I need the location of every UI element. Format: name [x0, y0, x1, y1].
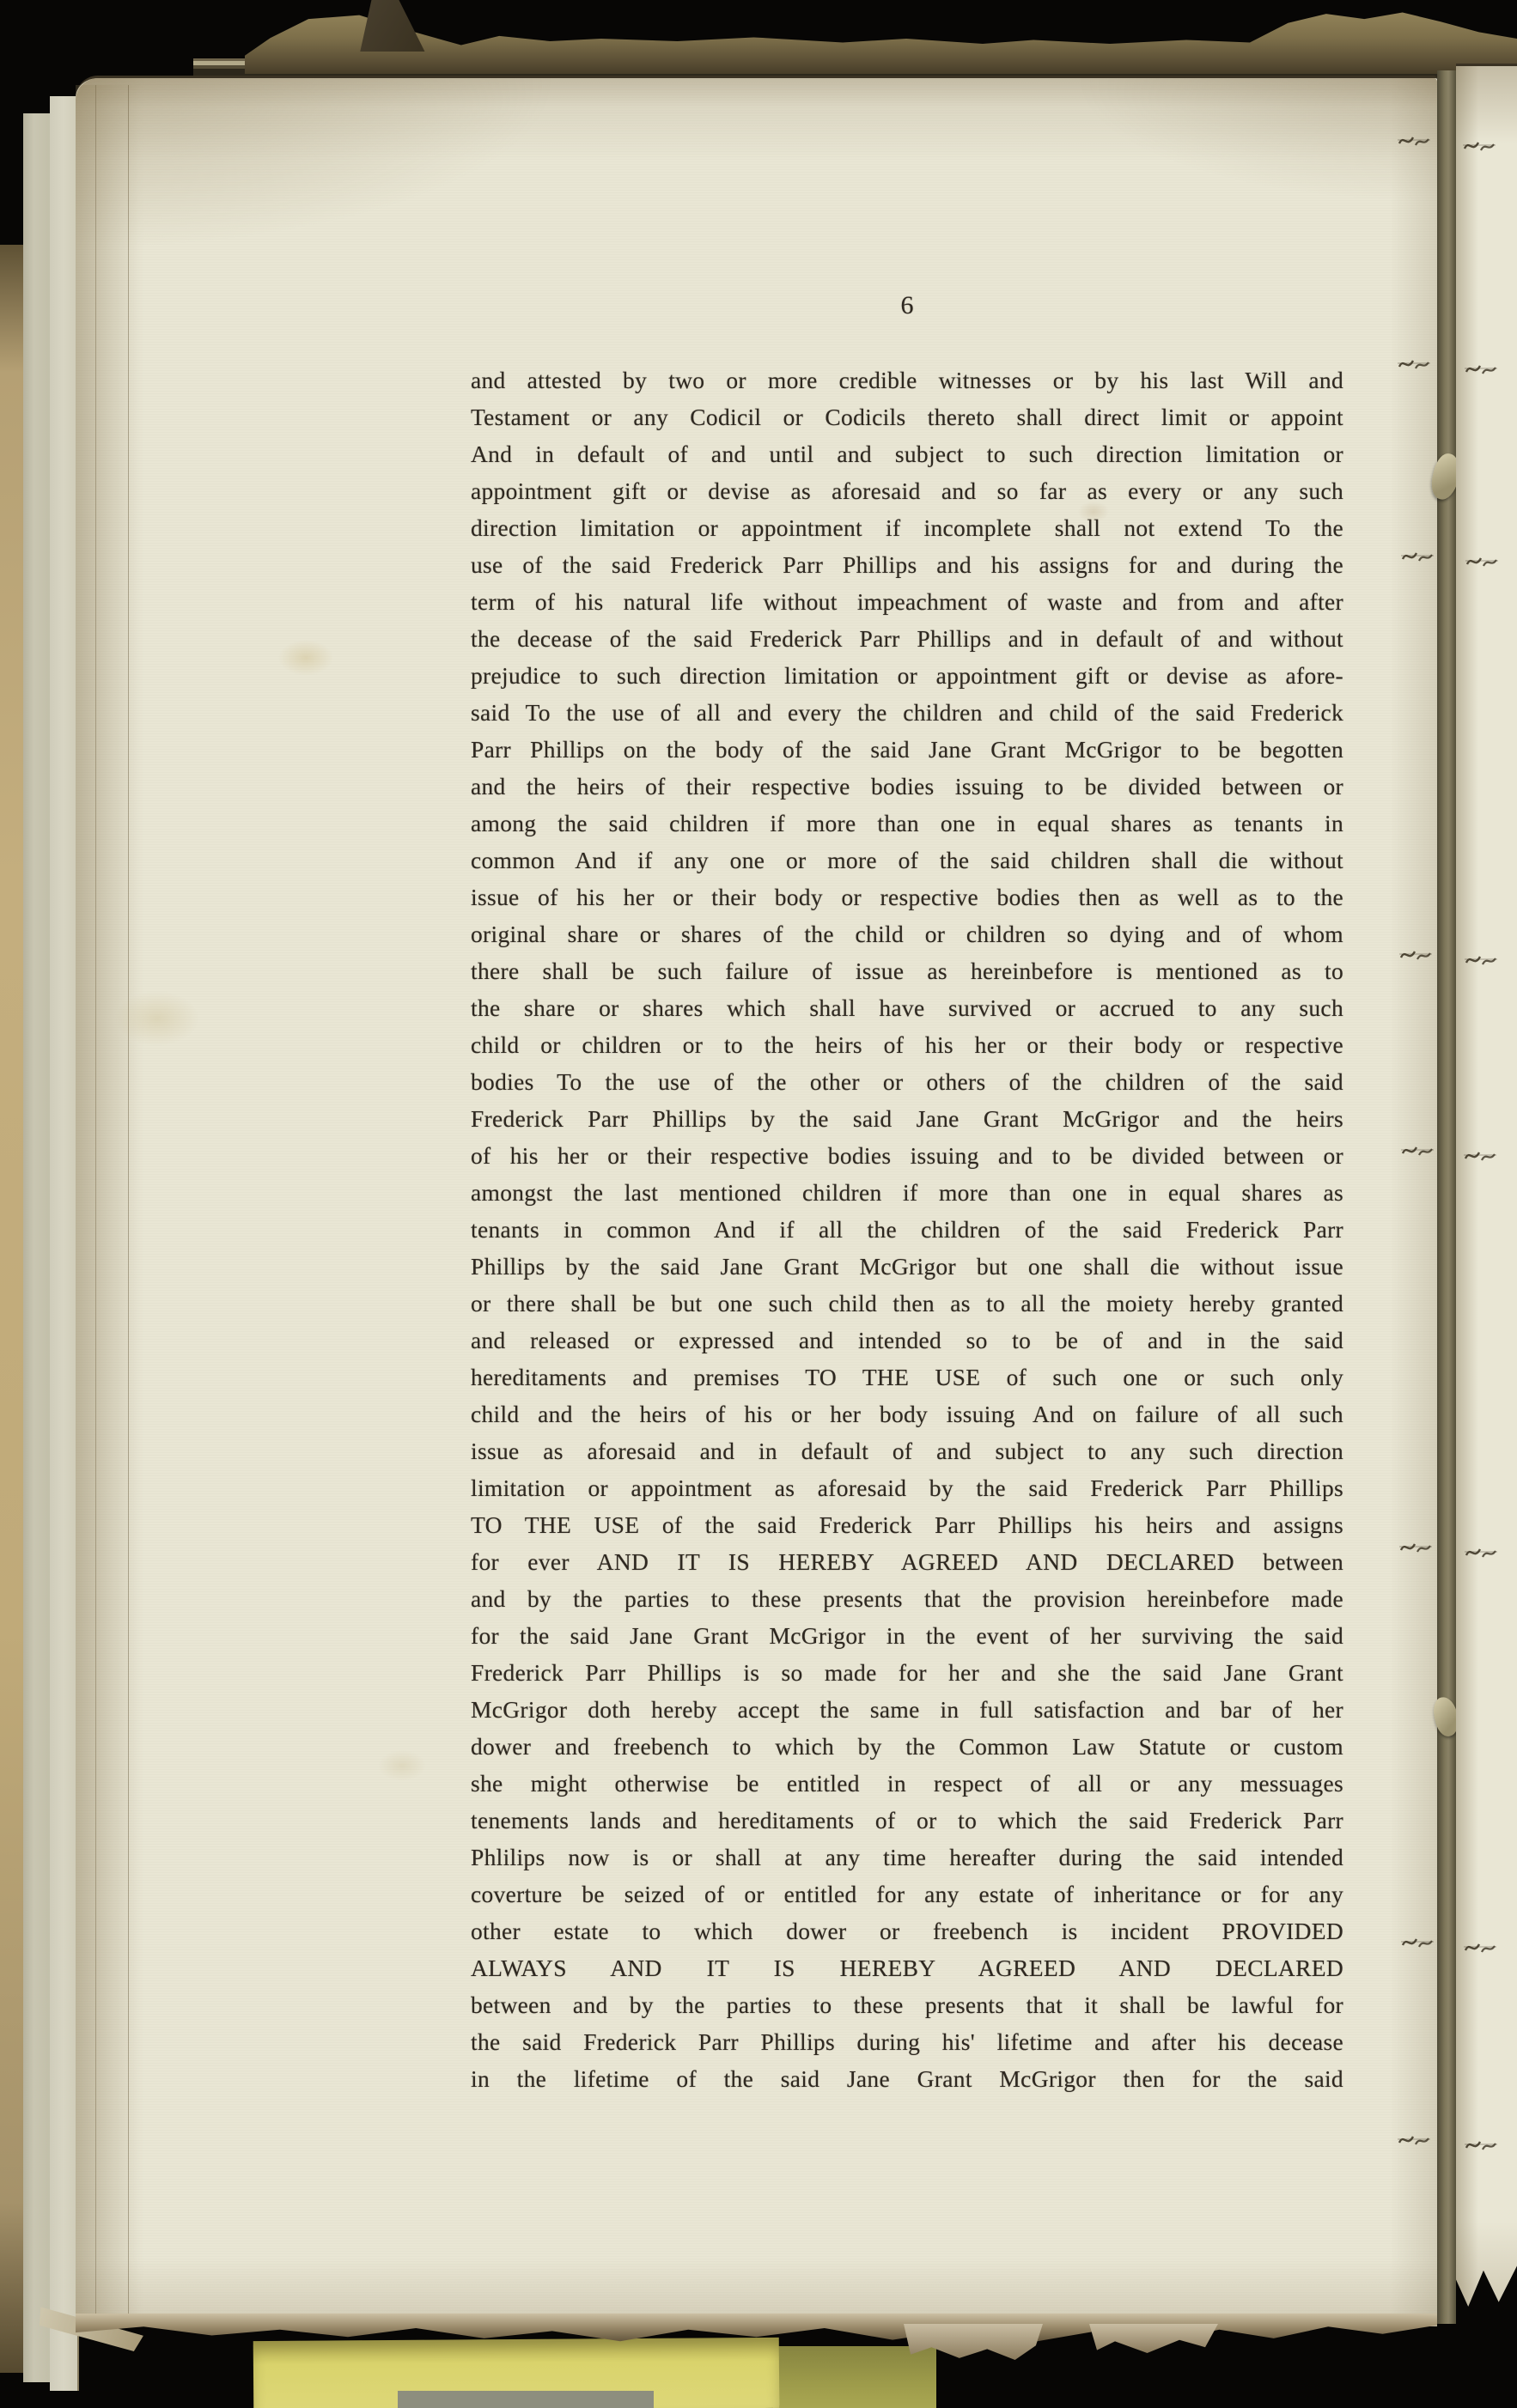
stitch-mark-icon [1461, 1142, 1499, 1168]
body-text: and attested by two or more credible wit… [471, 362, 1343, 2097]
text-line: for ever AND IT IS HEREBY AGREED AND DEC… [471, 1543, 1343, 1580]
text-line: use of the said Frederick Parr Phillips … [471, 546, 1343, 583]
text-line: hereditaments and premises TO THE USE of… [471, 1359, 1343, 1396]
text-line: prejudice to such direction limitation o… [471, 657, 1343, 694]
text-line: coverture be seized of or entitled for a… [471, 1876, 1343, 1912]
text-line: Frederick Parr Phillips by the said Jane… [471, 1100, 1343, 1137]
text-line: appointment gift or devise as aforesaid … [471, 472, 1343, 509]
text-line: of his her or their respective bodies is… [471, 1137, 1343, 1174]
page-number: 6 [471, 291, 1343, 320]
facing-page-edge [1456, 64, 1517, 2325]
stitch-mark-icon [1461, 1934, 1499, 1960]
scanned-book-photo: 6 and attested by two or more credible w… [0, 0, 1517, 2408]
text-line: and the heirs of their respective bodies… [471, 768, 1343, 805]
stitch-mark-icon [1398, 1137, 1436, 1163]
binding-gutter [1437, 70, 1456, 2324]
page-edge-stack-mid [23, 113, 51, 2382]
page-fold-shading [76, 85, 143, 2318]
text-line: or there shall be but one such child the… [471, 1285, 1343, 1322]
curled-page-edge [245, 9, 1517, 74]
text-line: other estate to which dower or freebench… [471, 1912, 1343, 1949]
text-line: said To the use of all and every the chi… [471, 694, 1343, 731]
text-line: among the said children if more than one… [471, 805, 1343, 842]
text-line: tenants in common And if all the childre… [471, 1211, 1343, 1248]
stitch-mark-icon [1398, 1929, 1436, 1955]
text-line: And in default of and until and subject … [471, 435, 1343, 472]
document-page: 6 and attested by two or more credible w… [76, 76, 1437, 2326]
stitch-mark-icon [1462, 356, 1500, 381]
text-line: common And if any one or more of the sai… [471, 842, 1343, 879]
text-line: the decease of the said Frederick Parr P… [471, 620, 1343, 657]
text-line: for the said Jane Grant McGrigor in the … [471, 1617, 1343, 1654]
text-line: child and the heirs of his or her body i… [471, 1396, 1343, 1432]
text-line: there shall be such failure of issue as … [471, 952, 1343, 989]
paper-slip [398, 2391, 654, 2408]
text-line: TO THE USE of the said Frederick Parr Ph… [471, 1506, 1343, 1543]
text-line: and released or expressed and intended s… [471, 1322, 1343, 1359]
stitch-mark-icon [1397, 941, 1435, 967]
text-line: the said Frederick Parr Phillips during … [471, 2023, 1343, 2060]
text-line: Phillips by the said Jane Grant McGrigor… [471, 1248, 1343, 1285]
text-line: original share or shares of the child or… [471, 915, 1343, 952]
text-line: dower and freebench to which by the Comm… [471, 1728, 1343, 1765]
text-line: direction limitation or appointment if i… [471, 509, 1343, 546]
text-line: and by the parties to these presents tha… [471, 1580, 1343, 1617]
stitch-mark-icon [1397, 1534, 1435, 1560]
text-line: amongst the last mentioned children if m… [471, 1174, 1343, 1211]
text-line: term of his natural life without impeach… [471, 583, 1343, 620]
text-line: she might otherwise be entitled in respe… [471, 1765, 1343, 1802]
text-line: issue of his her or their body or respec… [471, 879, 1343, 915]
text-line: Phlilips now is or shall at any time her… [471, 1839, 1343, 1876]
text-line: child or children or to the heirs of his… [471, 1026, 1343, 1063]
stitch-mark-icon [1460, 132, 1498, 158]
torn-paper-chunk [1089, 2324, 1218, 2353]
stitch-mark-icon [1462, 1539, 1500, 1565]
text-line: ALWAYS AND IT IS HEREBY AGREED AND DECLA… [471, 1949, 1343, 1986]
stitch-mark-icon [1462, 946, 1500, 972]
text-line: limitation or appointment as aforesaid b… [471, 1469, 1343, 1506]
text-line: Frederick Parr Phillips is so made for h… [471, 1654, 1343, 1691]
stitch-mark-icon [1462, 2131, 1500, 2157]
page-edge-stack-outer [0, 245, 26, 2373]
text-line: bodies To the use of the other or others… [471, 1063, 1343, 1100]
sticky-note-shadowed [773, 2346, 936, 2408]
stitch-mark-icon [1395, 2126, 1433, 2152]
text-line: in the lifetime of the said Jane Grant M… [471, 2060, 1343, 2097]
stitch-mark-icon [1395, 350, 1433, 376]
text-line: between and by the parties to these pres… [471, 1986, 1343, 2023]
text-line: Testament or any Codicil or Codicils the… [471, 398, 1343, 435]
stitch-mark-icon [1463, 548, 1501, 574]
text-line: tenements lands and hereditaments of or … [471, 1802, 1343, 1839]
text-line: and attested by two or more credible wit… [471, 362, 1343, 398]
text-line: the share or shares which shall have sur… [471, 989, 1343, 1026]
text-line: issue as aforesaid and in default of and… [471, 1432, 1343, 1469]
text-line: Parr Phillips on the body of the said Ja… [471, 731, 1343, 768]
stitch-mark-icon [1395, 127, 1433, 153]
text-line: McGrigor doth hereby accept the same in … [471, 1691, 1343, 1728]
stitch-mark-icon [1398, 543, 1436, 569]
page-edge-stack-inner [50, 96, 79, 2391]
